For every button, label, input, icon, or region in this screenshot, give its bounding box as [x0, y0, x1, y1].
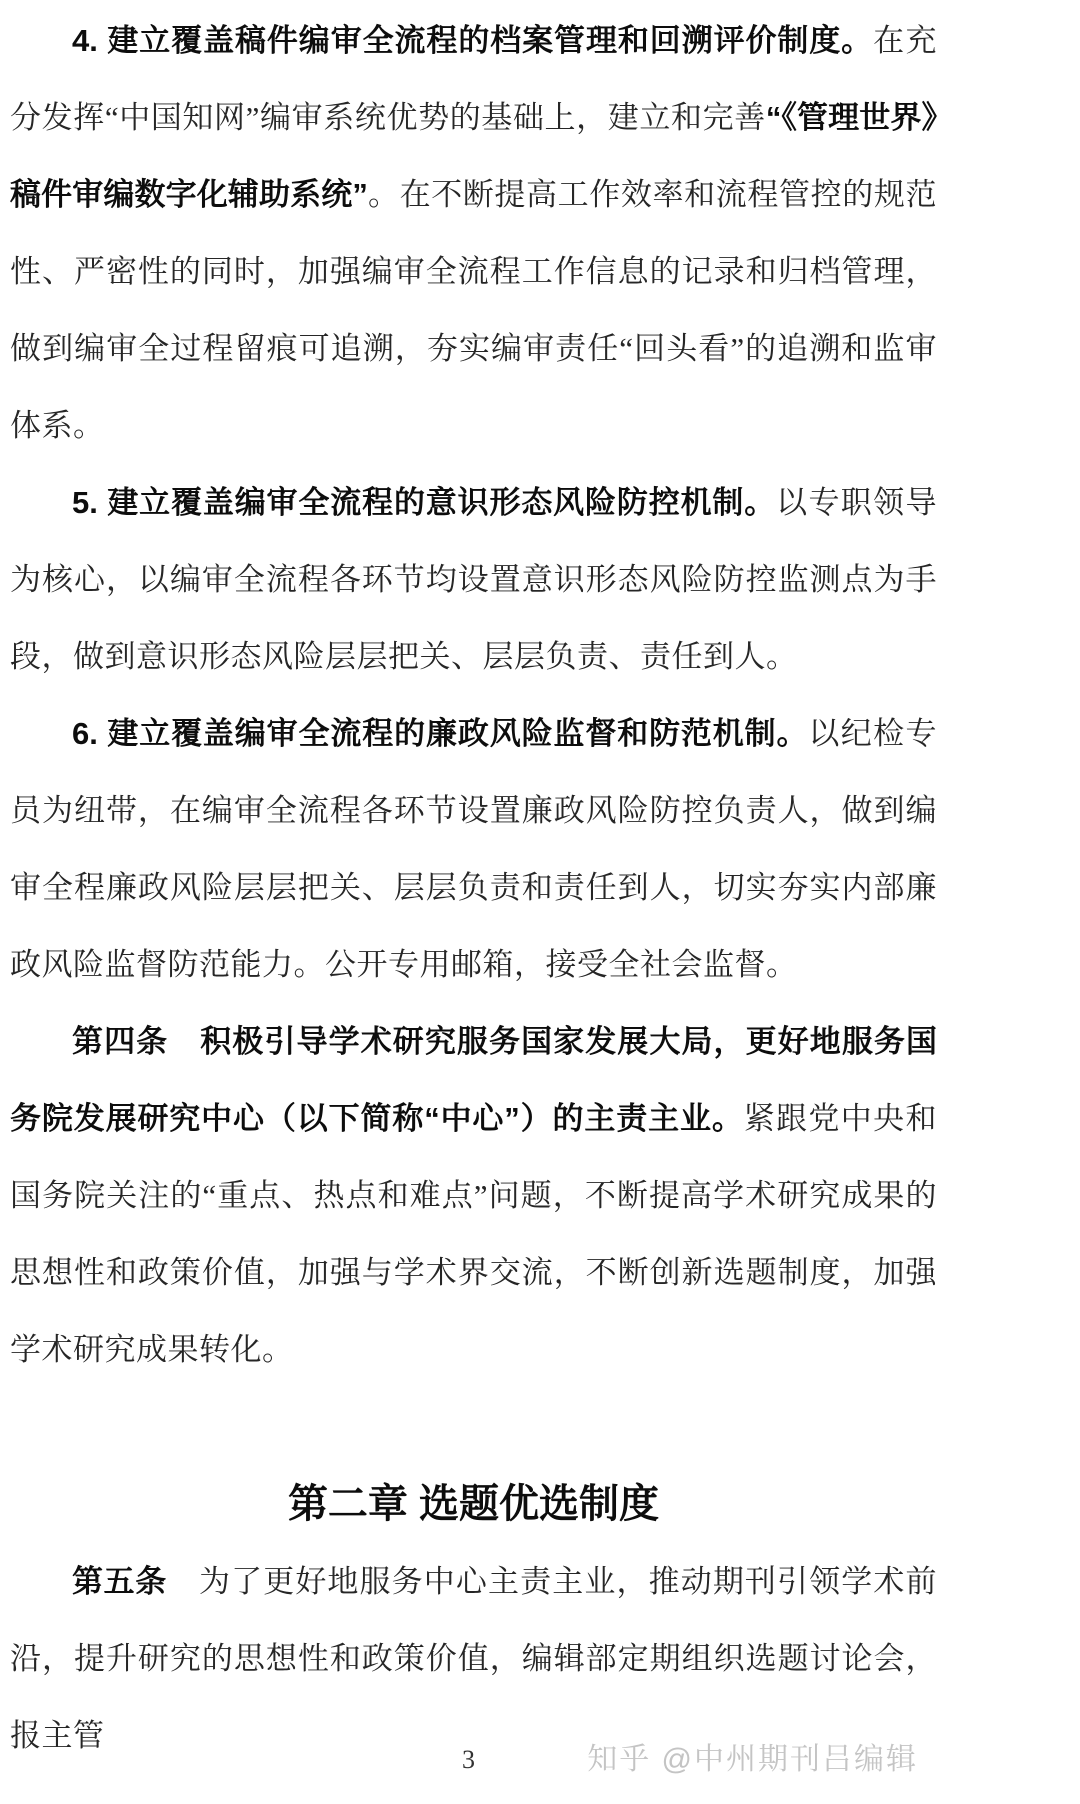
article-5-bold-lead: 第五条: [72, 1564, 167, 1599]
paragraph-6-bold-lead: 6. 建立覆盖编审全流程的廉政风险监督和防范机制。: [72, 716, 808, 751]
paragraph-item-5: 5. 建立覆盖编审全流程的意识形态风险防控机制。以专职领导为核心，以编审全流程各…: [10, 464, 937, 695]
article-4-body-text: 紧跟党中央和国务院关注的“重点、热点和难点”问题，不断提高学术研究成果的思想性和…: [10, 1101, 937, 1367]
chapter-heading: 第二章 选题优选制度: [10, 1466, 937, 1543]
watermark: 知乎 @中州期刊吕编辑: [587, 1738, 918, 1782]
paragraph-6-body-text: 以纪检专员为纽带，在编审全流程各环节设置廉政风险防控负责人，做到编审全程廉政风险…: [10, 716, 937, 982]
paragraph-article-4: 第四条 积极引导学术研究服务国家发展大局，更好地服务国务院发展研究中心（以下简称…: [10, 1003, 937, 1388]
page-footer: 3 知乎 @中州期刊吕编辑: [0, 1738, 1080, 1782]
paragraph-4-body-text-2: 。在不断提高工作效率和流程管控的规范性、严密性的同时，加强编审全流程工作信息的记…: [10, 177, 937, 443]
paragraph-5-bold-lead: 5. 建立覆盖编审全流程的意识形态风险防控机制。: [72, 485, 776, 520]
paragraph-item-4: 4. 建立覆盖稿件编审全流程的档案管理和回溯评价制度。在充分发挥“中国知网”编审…: [10, 2, 937, 464]
document-content: 4. 建立覆盖稿件编审全流程的档案管理和回溯评价制度。在充分发挥“中国知网”编审…: [0, 0, 1080, 1774]
paragraph-4-bold-lead: 4. 建立覆盖稿件编审全流程的档案管理和回溯评价制度。: [72, 23, 873, 58]
document-page: 4. 建立覆盖稿件编审全流程的档案管理和回溯评价制度。在充分发挥“中国知网”编审…: [0, 0, 1080, 1804]
paragraph-item-6: 6. 建立覆盖编审全流程的廉政风险监督和防范机制。以纪检专员为纽带，在编审全流程…: [10, 695, 937, 1003]
